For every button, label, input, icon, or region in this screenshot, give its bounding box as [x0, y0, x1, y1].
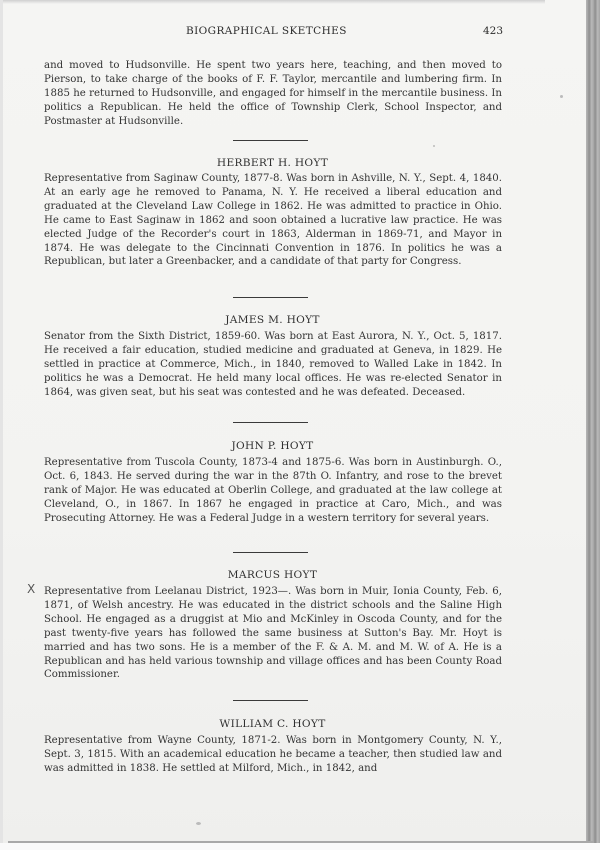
- page-bottom-margin: [0, 843, 600, 850]
- sketch-body-william-c-hoyt: Representative from Wayne County, 1871-2…: [44, 734, 502, 776]
- page-number: 423: [483, 25, 503, 37]
- sketch-heading-james-m-hoyt: JAMES M. HOYT: [0, 314, 545, 326]
- sketch-heading-marcus-hoyt: MARCUS HOYT: [0, 569, 545, 581]
- section-divider: [233, 552, 308, 553]
- running-title: BIOGRAPHICAL SKETCHES: [186, 25, 347, 37]
- paper-speck: [560, 95, 563, 98]
- sketch-heading-william-c-hoyt: WILLIAM C. HOYT: [0, 718, 545, 730]
- paper-speck: [433, 145, 435, 147]
- sketch-text: Representative from Tuscola County, 1873…: [44, 456, 502, 526]
- continuation-paragraph: and moved to Hudsonville. He spent two y…: [44, 59, 502, 129]
- scanned-page: BIOGRAPHICAL SKETCHES 423 and moved to H…: [0, 0, 600, 850]
- sketch-heading-john-p-hoyt: JOHN P. HOYT: [0, 440, 545, 452]
- continuation-text: and moved to Hudsonville. He spent two y…: [44, 59, 502, 129]
- sketch-heading-herbert-h-hoyt: HERBERT H. HOYT: [0, 157, 545, 169]
- sketch-body-james-m-hoyt: Senator from the Sixth District, 1859-60…: [44, 330, 502, 400]
- section-divider: [233, 140, 308, 141]
- section-divider: [233, 700, 308, 701]
- sketch-text: Senator from the Sixth District, 1859-60…: [44, 330, 502, 400]
- page-top-edge: [0, 0, 545, 4]
- section-divider: [233, 422, 308, 423]
- sketch-text: Representative from Leelanau District, 1…: [44, 585, 502, 682]
- sketch-text: Representative from Wayne County, 1871-2…: [44, 734, 502, 776]
- running-head: BIOGRAPHICAL SKETCHES 423: [0, 25, 600, 41]
- sketch-body-herbert-h-hoyt: Representative from Saginaw County, 1877…: [44, 172, 502, 269]
- section-divider: [233, 297, 308, 298]
- sketch-text: Representative from Saginaw County, 1877…: [44, 172, 502, 269]
- handwritten-x-mark: X: [27, 582, 35, 596]
- sketch-body-marcus-hoyt: Representative from Leelanau District, 1…: [44, 585, 502, 682]
- paper-speck: [196, 822, 201, 825]
- sketch-body-john-p-hoyt: Representative from Tuscola County, 1873…: [44, 456, 502, 526]
- page-binding-edge: [586, 0, 600, 850]
